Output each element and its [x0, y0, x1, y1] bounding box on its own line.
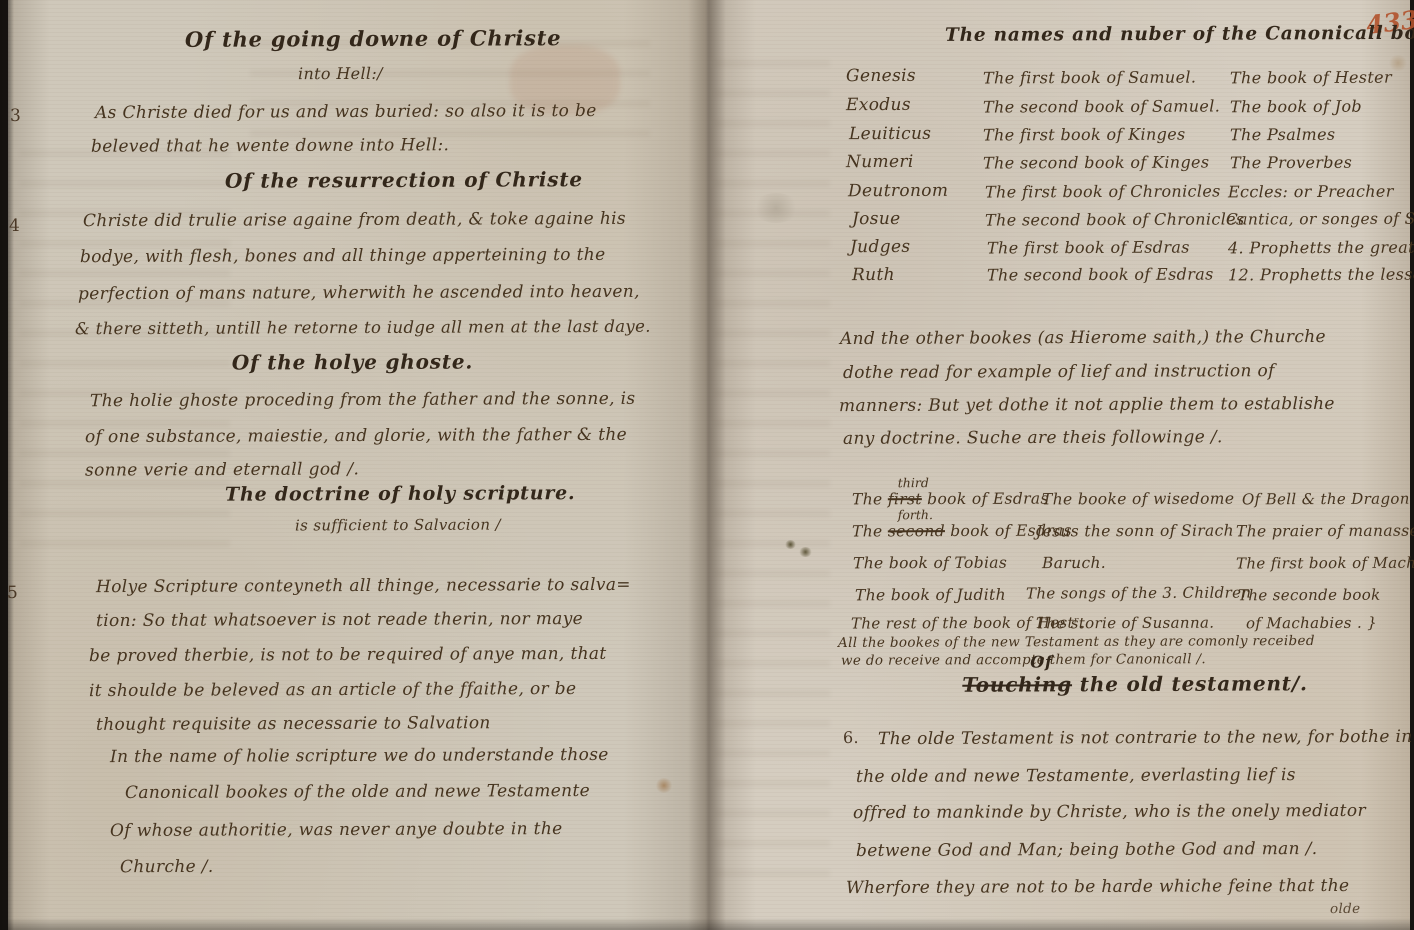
interlinear-correction: Of: [1030, 652, 1053, 671]
stain: [655, 778, 673, 793]
article5-line: Holye Scripture conteyneth all thinge, n…: [96, 575, 631, 597]
canon-col1-cell: Deutronom: [848, 181, 948, 201]
holy-ghost-line: The holie ghoste proceding from the fath…: [90, 389, 636, 411]
canon-col3-cell: The Psalmes: [1230, 125, 1336, 144]
canon-col2-cell: The first book of Kinges: [983, 125, 1186, 145]
stain: [785, 540, 796, 549]
canon-col3-cell: The book of Hester: [1230, 68, 1392, 88]
canon-col3-cell: 4. Prophetts the greatʳ.: [1228, 238, 1414, 258]
canon-col1-cell: Exodus: [846, 95, 911, 115]
canon-col2-cell: The second book of Chronicles: [985, 209, 1245, 229]
struck-word: first: [888, 490, 922, 508]
canon-col3-cell: 12. Prophetts the lesse.: [1228, 265, 1414, 285]
article5-line: be proved therbie, is not to be required…: [89, 644, 607, 666]
canonical-para-line: Churche /.: [120, 857, 214, 877]
canon-col3-cell: Cantica, or songes of Salomō.: [1226, 209, 1414, 228]
book-edge-left: [0, 0, 14, 930]
canon-col1-cell: Josue: [852, 209, 901, 229]
apocrypha-row1-col3: Of Bell & the Dragon: [1242, 490, 1410, 509]
canon-col2-cell: The second book of Kinges: [983, 153, 1210, 173]
smudge: [752, 193, 800, 223]
catchword: olde: [1330, 901, 1361, 917]
interlinear-correction: third: [898, 475, 929, 490]
heading-holy-ghost: Of the holye ghoste.: [205, 349, 500, 374]
book-edge-bottom: [0, 918, 1414, 930]
canonical-para-line: In the name of holie scripture we do und…: [110, 745, 609, 767]
heading-descent-into-hell: Of the going downe of Christe: [185, 25, 560, 52]
heading-doctrine-subline: is sufficient to Salvacion /: [295, 516, 501, 535]
apocrypha-row3-col3: The first book of Machabies: [1236, 554, 1414, 573]
apocrypha-row5-col2: The storie of Susanna.: [1036, 614, 1214, 633]
apocrypha-row2-col3: The praier of manasses: [1236, 522, 1414, 541]
apocrypha-row4-col3: The seconde book: [1238, 586, 1381, 605]
article6-line: The olde Testament is not contrarie to t…: [878, 727, 1413, 749]
canon-col2-cell: The second book of Samuel.: [983, 96, 1220, 116]
canon-col1-cell: Leuiticus: [849, 124, 931, 144]
article5-line: thought requisite as necessarie to Salva…: [96, 713, 491, 735]
apocrypha-row3-col2: Baruch.: [1042, 554, 1106, 572]
canon-col2-cell: The first book of Chronicles: [985, 181, 1221, 201]
ink-showthrough: [715, 60, 830, 890]
article5-line: it shoulde be beleved as an article of t…: [89, 679, 576, 701]
article4-line: Christe did trulie arise againe from dea…: [83, 209, 626, 231]
apocrypha-row4-col1: The book of Judith: [855, 586, 1006, 605]
manuscript-spread: 3 4 5 Of the going downe of Christe into…: [0, 0, 1414, 930]
canon-col2-cell: The first book of Samuel.: [983, 68, 1196, 88]
apocrypha-row4-col2: The songs of the 3. Children: [1026, 584, 1251, 603]
article-number-4: 4: [9, 216, 20, 236]
article-number-6: 6.: [843, 728, 859, 747]
article-number-3: 3: [10, 106, 21, 126]
nt-note-line: All the bookes of the new Testament as t…: [838, 633, 1315, 651]
heading-doctrine-scripture: The doctrine of holy scripture.: [225, 482, 535, 505]
article6-line: offred to mankinde by Christe, who is th…: [853, 801, 1366, 823]
canon-col2-cell: The second book of Esdras: [987, 265, 1214, 285]
article4-line: & there sitteth, untill he retorne to iu…: [75, 317, 651, 339]
apocrypha-text: The: [852, 490, 883, 508]
canon-col1-cell: Ruth: [852, 265, 895, 285]
apocrypha-text: The: [852, 522, 883, 540]
canonical-para-line: Canonicall bookes of the olde and newe T…: [125, 781, 590, 803]
article5-line: tion: So that whatsoever is not reade th…: [96, 609, 583, 631]
article6-line: betwene God and Man; being bothe God and…: [856, 839, 1318, 861]
canon-col3-cell: The Proverbes: [1230, 153, 1352, 173]
heading-canonical-books: The names and nuber of the Canonicall bo…: [945, 23, 1357, 46]
heading-descent-subline: into Hell:/: [298, 64, 383, 83]
canon-col3-cell: The book of Job: [1230, 97, 1362, 117]
article4-line: bodye, with flesh, bones and all thinge …: [80, 245, 606, 267]
apocrypha-row5-col3: of Machabies . }: [1246, 614, 1377, 633]
article6-line: the olde and newe Testamente, everlastin…: [856, 765, 1296, 787]
jerome-para-line: dothe read for example of lief and instr…: [843, 361, 1275, 383]
apocrypha-row2-col2: Jesus the sonn of Sirach: [1036, 522, 1234, 541]
interlinear-correction: forth.: [898, 507, 933, 522]
apocrypha-text: book of Esdras: [927, 490, 1049, 509]
nt-note-line: we do receive and accompte them for Cano…: [841, 651, 1206, 669]
apocrypha-row3-col1: The book of Tobias: [853, 554, 1007, 573]
jerome-para-line: And the other bookes (as Hierome saith,)…: [840, 327, 1326, 349]
jerome-para-line: manners: But yet dothe it not applie the…: [839, 394, 1335, 416]
corrected-word: thirdfirst: [888, 490, 922, 508]
struck-word: Touching: [962, 672, 1072, 696]
holy-ghost-line: of one substance, maiestie, and glorie, …: [85, 425, 627, 447]
jerome-para-line: any doctrine. Suche are theis followinge…: [843, 427, 1223, 449]
canon-col1-cell: Judges: [850, 237, 911, 257]
article4-line: perfection of mans nature, wherwith he a…: [78, 282, 640, 304]
corrected-word: forth.second: [888, 522, 945, 540]
canon-col3-cell: Eccles: or Preacher: [1228, 182, 1394, 202]
canon-col2-cell: The first book of Esdras: [987, 238, 1190, 258]
article3-line: As Christe died for us and was buried: s…: [95, 101, 597, 123]
heading-resurrection: Of the resurrection of Christe: [225, 167, 565, 192]
apocrypha-row1-col2: The booke of wisedome: [1042, 490, 1234, 509]
canon-col1-cell: Genesis: [846, 66, 916, 86]
holy-ghost-line: sonne verie and eternall god /.: [85, 459, 359, 480]
heading-text: the old testament/.: [1072, 671, 1308, 696]
article3-line: beleved that he wente downe into Hell:.: [91, 135, 449, 157]
article-number-5: 5: [7, 583, 18, 603]
corrected-word: OfTouching: [962, 672, 1072, 696]
apocrypha-row1-col1: The thirdfirst book of Esdras: [852, 490, 1049, 509]
canonical-para-line: Of whose authoritie, was never anye doub…: [110, 819, 563, 841]
struck-word: second: [888, 522, 945, 540]
canon-col1-cell: Numeri: [846, 152, 914, 172]
article6-line: Wherfore they are not to be harde whiche…: [846, 876, 1350, 898]
heading-old-testament: OfTouching the old testament/.: [960, 671, 1310, 697]
stain: [799, 547, 812, 557]
